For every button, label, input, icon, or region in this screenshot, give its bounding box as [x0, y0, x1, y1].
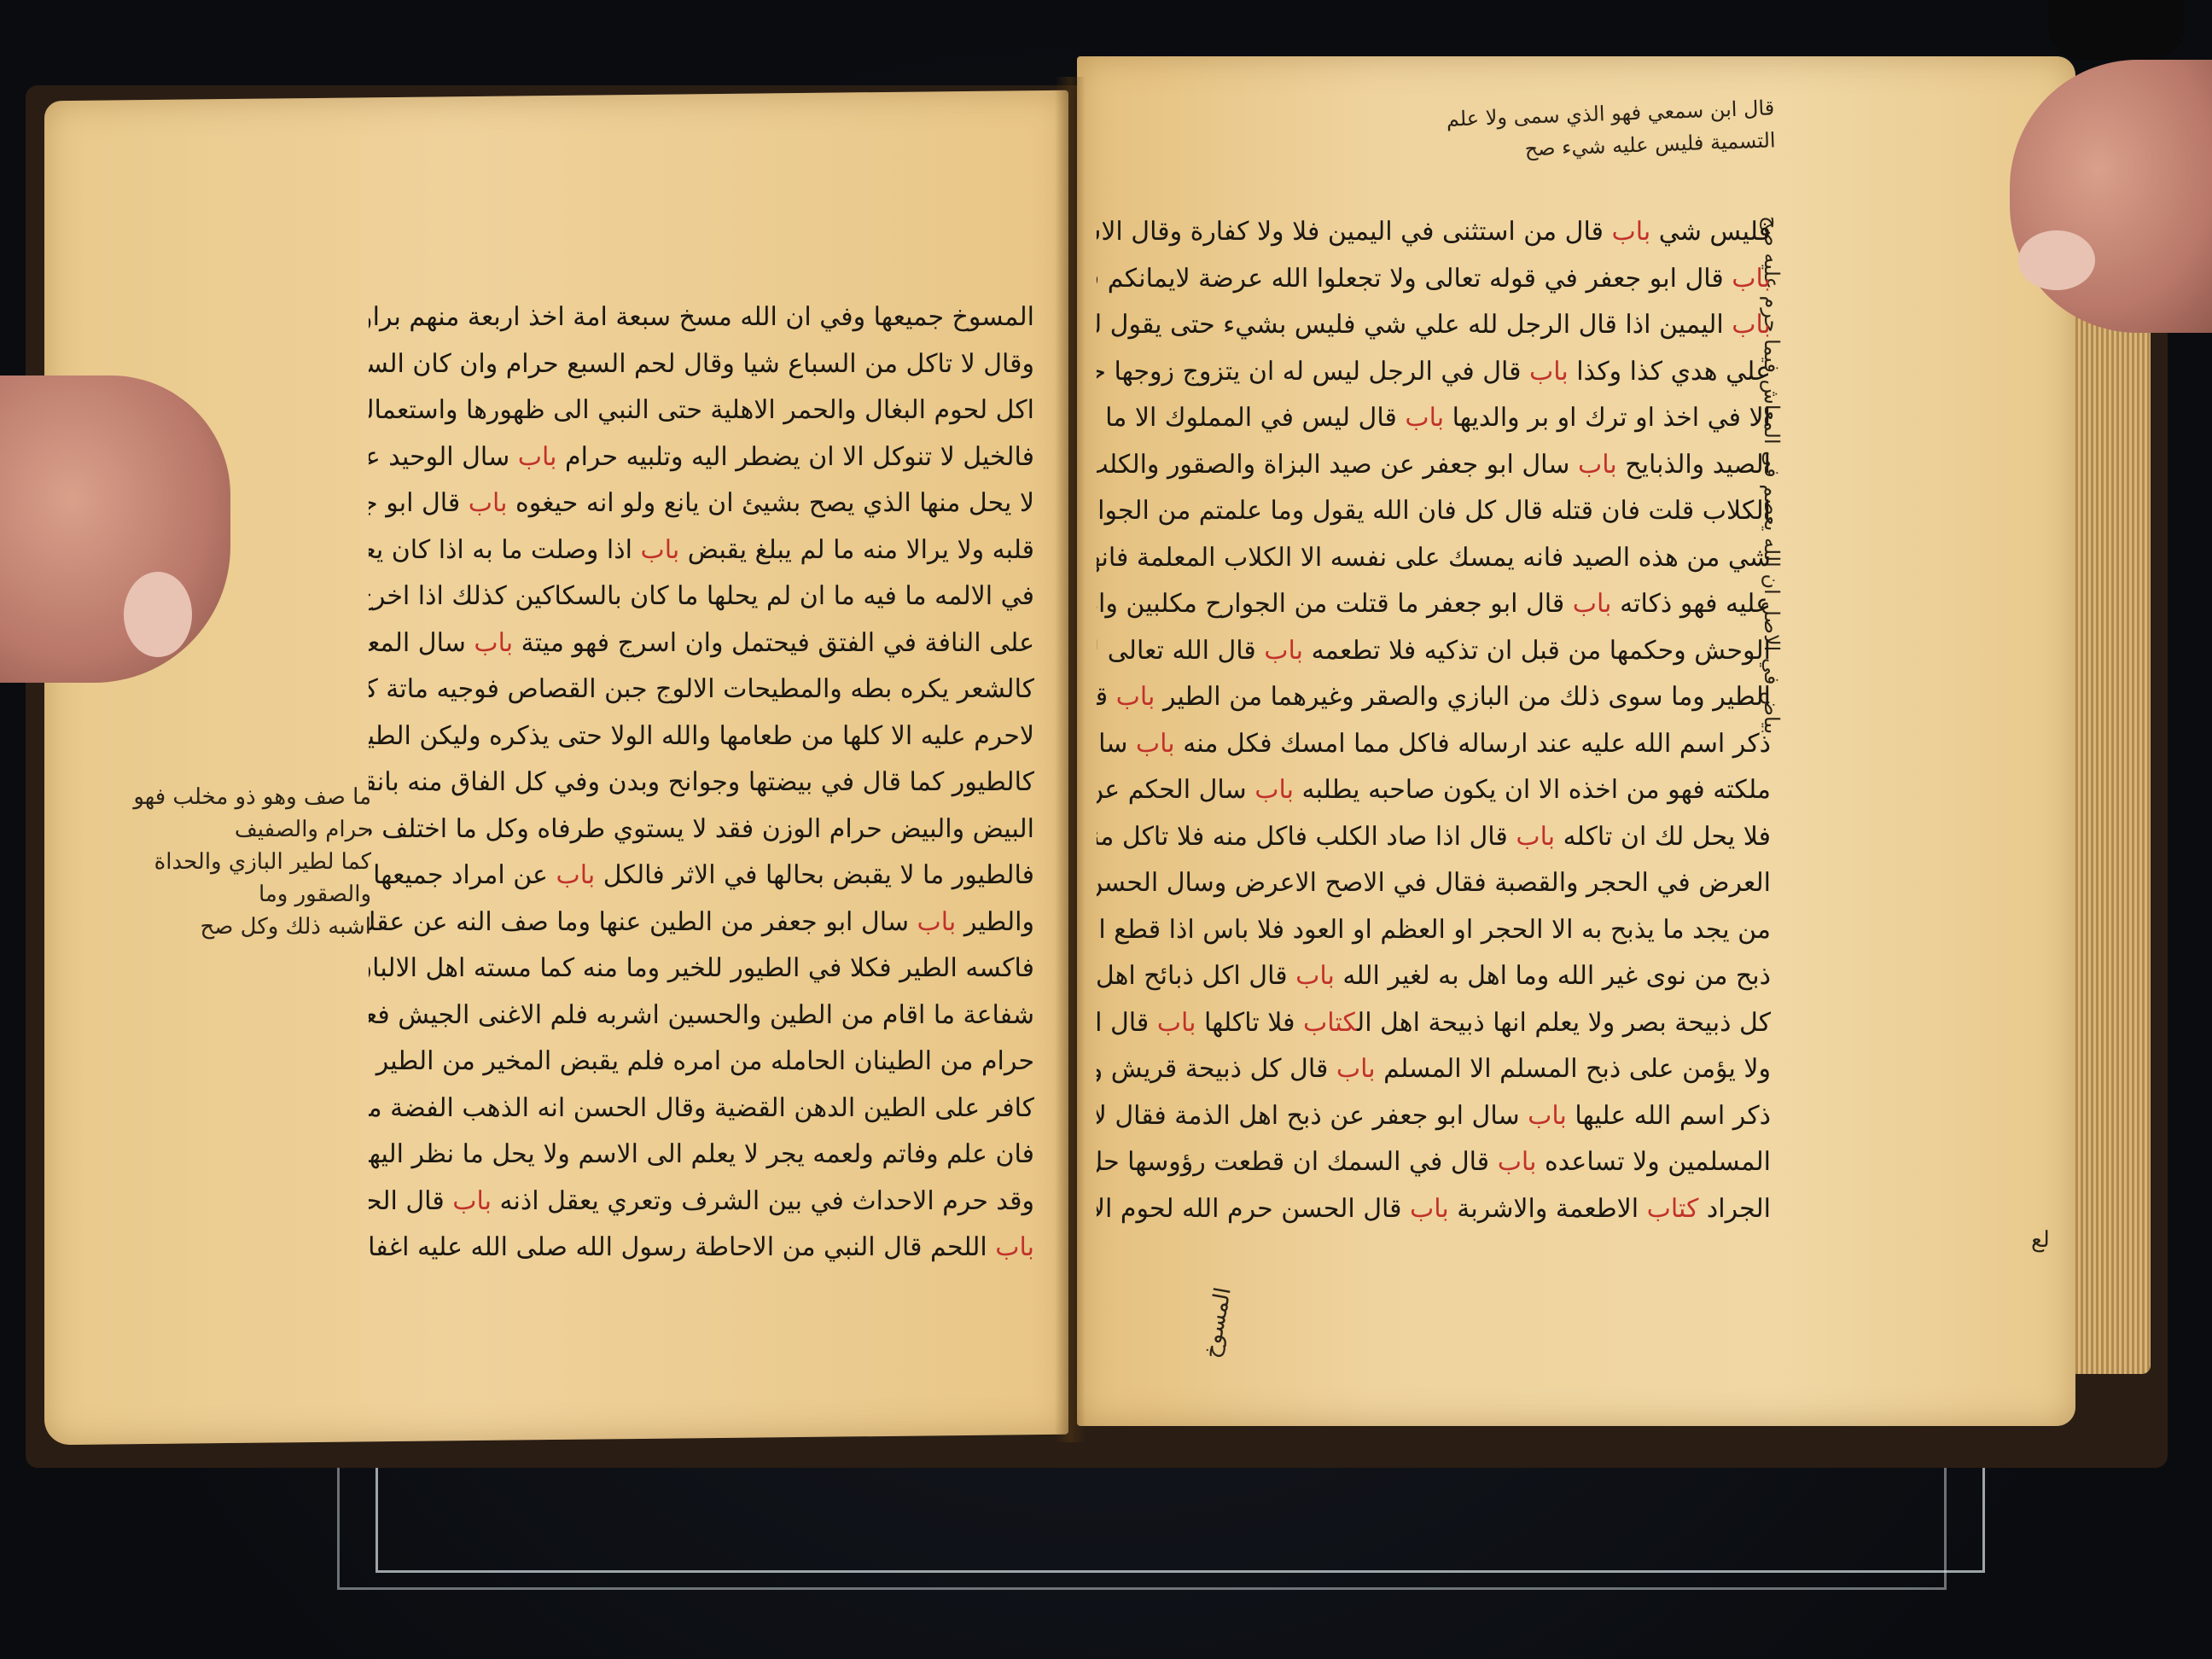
rubric-heading: باب [1264, 636, 1303, 666]
rubric-heading: باب [452, 1186, 492, 1216]
rubric-heading: باب [1136, 729, 1175, 759]
left-margin-note: ما صف وهو ذو مخلب فهو حرام والصفيف كما ل… [81, 781, 371, 943]
margin-note-line: اشبه ذلك وكل صح [81, 911, 371, 943]
text-line: الكلاب قلت فان قتله قال كل فان الله يقول… [1097, 488, 1771, 535]
left-thumb [0, 375, 230, 683]
right-page-text-block: فليس شي باب قال من استثنى في اليمين فلا … [1097, 209, 1771, 1267]
text-line: كالشعر يكره بطه والمطيحات الالوج جبن الق… [369, 667, 1034, 713]
text-line: ذبح من نوى غير الله وما اهل به لغير الله… [1097, 953, 1771, 1000]
text-line: اكل لحوم البغال والحمر الاهلية حتى النبي… [369, 387, 1034, 434]
rubric-heading: باب [995, 1232, 1034, 1262]
text-line: لاحرم عليه الا كلها من طعامها والله الول… [369, 713, 1034, 760]
rubric-heading: كتاب [1647, 1194, 1699, 1224]
rubric-heading: كتاب [1303, 1008, 1357, 1038]
text-line: باب قال ابو جعفر في قوله تعالى ولا تجعلو… [1097, 256, 1771, 303]
text-line: فان علم وفاتم ولعمه يجر لا يعلم الى الاس… [369, 1132, 1034, 1179]
text-line: على النافة في الفتق فيحتمل وان اسرج فهو … [369, 620, 1034, 667]
text-line: لا يحل منها الذي يصح بشيئ ان يانع ولو ان… [369, 480, 1034, 527]
right-top-margin-note: قال ابن سمعي فهو الذي سمى ولا علم التسمي… [1399, 91, 1776, 169]
rubric-heading: باب [1336, 1054, 1376, 1084]
rubric-heading: باب [1405, 403, 1444, 433]
text-line: في الالمه ما فيه ما ان لم يحلها ما كان ب… [369, 573, 1034, 620]
rubric-heading: باب [1498, 1147, 1537, 1177]
text-line: كافر على الطين الدهن القضية وقال الحسن ا… [369, 1086, 1034, 1132]
text-line: ذكر اسم الله عليها باب سال ابو جعفر عن ذ… [1097, 1093, 1771, 1140]
rubric-heading: باب [1254, 775, 1294, 805]
rubric-heading: باب [1116, 682, 1155, 712]
rubric-heading: باب [1529, 357, 1569, 387]
rubric-heading: باب [1732, 310, 1771, 340]
rubric-heading: باب [1573, 589, 1612, 619]
rubric-heading: باب [1611, 217, 1650, 247]
thumbnail [124, 572, 192, 657]
text-line: علي هدي كذا وكذا باب قال في الرجل ليس له… [1097, 349, 1771, 396]
text-line: حرام من الطينان الحامله من امره فلم يقبض… [369, 1039, 1034, 1086]
text-line: الجراد كتاب الاطعمة والاشربة باب قال الح… [1097, 1186, 1771, 1233]
rubric-heading: باب [1732, 264, 1771, 294]
text-line: فليس شي باب قال من استثنى في اليمين فلا … [1097, 209, 1771, 256]
rubric-heading: باب [474, 628, 513, 658]
text-line: فالطيور ما لا يقبض بحالها في الاثر فالكل… [369, 853, 1034, 899]
text-line: من يجد ما يذبح به الا الحجر او العظم او … [1097, 907, 1771, 954]
rubric-heading: باب [1516, 822, 1555, 852]
text-line: المسلمين ولا تساعده باب قال في السمك ان … [1097, 1139, 1771, 1186]
text-line: ملكته فهو من اخذه الا ان يكون صاحبه يطلب… [1097, 767, 1771, 814]
text-line: باب اليمين اذا قال الرجل لله علي شي فليس… [1097, 302, 1771, 349]
text-line: فالخيل لا تنوكل الا ان يضطر اليه وتلبيه … [369, 434, 1034, 481]
rubric-heading: باب [1528, 1101, 1567, 1131]
margin-note-line: ما صف وهو ذو مخلب فهو حرام والصفيف [81, 781, 371, 846]
margin-note-line: كما لطير البازي والحداة والصقور وما [81, 846, 371, 911]
text-line: شفاعة ما اقام من الطين والحسين اشربه فلم… [369, 992, 1034, 1039]
text-line: الا في اخذ او ترك او بر والديها باب قال … [1097, 395, 1771, 442]
rubric-heading: باب [1410, 1194, 1449, 1224]
rubric-heading: باب [640, 535, 679, 565]
text-line: الوحش وحكمها من قبل ان تذكيه فلا تطعمه ب… [1097, 628, 1771, 675]
text-line: عليه فهو ذكاته باب قال ابو جعفر ما قتلت … [1097, 581, 1771, 628]
rubric-heading: باب [518, 442, 557, 472]
text-line: كل ذبيحة بصر ولا يعلم انها ذبيحة اهل الك… [1097, 1000, 1771, 1047]
text-line: البيض والبيض حرام الوزن فقد لا يستوي طرف… [369, 806, 1034, 853]
rubric-heading: باب [556, 860, 595, 890]
rubric-heading: باب [1295, 961, 1335, 991]
rubric-heading: باب [1157, 1008, 1196, 1038]
rubric-heading: باب [917, 907, 957, 937]
text-line: فاكسه الطير فكلا في الطيور للخير وما منه… [369, 946, 1034, 992]
text-line: الطير وما سوى ذلك من البازي والصقر وغيره… [1097, 674, 1771, 721]
rubric-heading: باب [1578, 450, 1617, 480]
rubric-heading: باب [469, 488, 508, 518]
text-line: ولا يؤمن على ذبح المسلم الا المسلم باب ق… [1097, 1046, 1771, 1093]
text-line: والطير باب سال ابو جعفر من الطين عنها وم… [369, 899, 1034, 946]
catchword-right: لع [2031, 1227, 2050, 1253]
left-page-text-block: المسوخ جميعها وفي ان الله مسخ سبعة امة ا… [369, 294, 1034, 1284]
text-line: فلا يحل لك ان تاكله باب قال اذا صاد الكل… [1097, 814, 1771, 861]
text-line: المسوخ جميعها وفي ان الله مسخ سبعة امة ا… [369, 294, 1034, 341]
book-gutter [1055, 77, 1086, 1442]
text-line: قلبه ولا يرالا منه ما لم يبلغ يقبض باب ا… [369, 527, 1034, 574]
text-line: ذكر اسم الله عليه عند ارساله فاكل مما ام… [1097, 721, 1771, 768]
fingernail [2018, 230, 2095, 290]
text-line: باب اللحم قال النبي من الاحاطة رسول الله… [369, 1225, 1034, 1272]
text-line: وقال لا تاكل من السباع شيا وقال لحم السب… [369, 341, 1034, 388]
text-line: العرض في الحجر والقصبة فقال في الاصح الا… [1097, 860, 1771, 907]
text-line: الصيد والذبايح باب سال ابو جعفر عن صيد ا… [1097, 442, 1771, 489]
text-line: كالطيور كما قال في بيضتها وجوانح وبدن وف… [369, 760, 1034, 806]
text-line: وقد حرم الاحداث في بين الشرف وتعري يعقل … [369, 1179, 1034, 1225]
text-line: شي من هذه الصيد فانه يمسك على نفسه الا ا… [1097, 535, 1771, 582]
watch-strap [2048, 0, 2185, 60]
